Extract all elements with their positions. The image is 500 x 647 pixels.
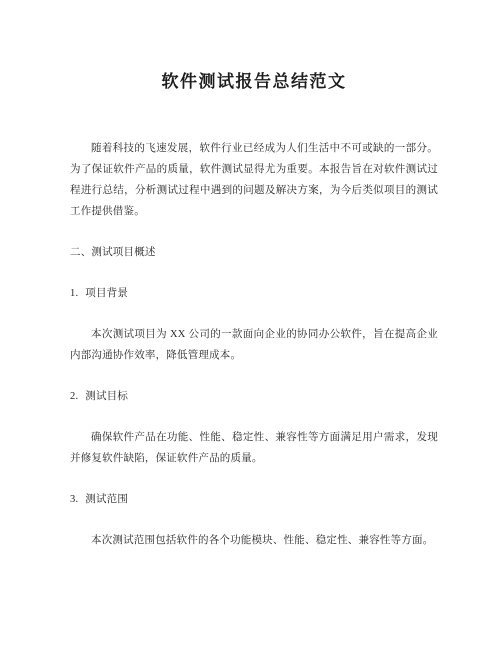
document-page: 软件测试报告总结范文 随着科技的飞速发展，软件行业已经成为人们生活中不可或缺的一… xyxy=(0,0,500,647)
subheading-test-goal: 2.测试目标 xyxy=(70,386,438,407)
paragraph-test-goal: 确保软件产品在功能、性能、稳定性、兼容性等方面满足用户需求，发现并修复软件缺陷，… xyxy=(70,427,438,469)
heading-number: 3. xyxy=(70,489,78,510)
paragraph-test-scope: 本次测试范围包括软件的各个功能模块、性能、稳定性、兼容性等方面。 xyxy=(70,530,438,551)
subheading-project-background: 1.项目背景 xyxy=(70,283,438,304)
subheading-test-scope: 3.测试范围 xyxy=(70,489,438,510)
heading-label: 测试范围 xyxy=(85,494,128,505)
section-heading: 二、测试项目概述 xyxy=(70,242,438,263)
heading-number: 1. xyxy=(70,283,78,304)
paragraph-project-background: 本次测试项目为 XX 公司的一款面向企业的协同办公软件，旨在提高企业内部沟通协作… xyxy=(70,324,438,366)
paragraph-intro: 随着科技的飞速发展，软件行业已经成为人们生活中不可或缺的一部分。为了保证软件产品… xyxy=(70,138,438,222)
heading-number: 2. xyxy=(70,386,78,407)
heading-label: 测试目标 xyxy=(85,391,128,402)
heading-label: 项目背景 xyxy=(85,288,128,299)
page-title: 软件测试报告总结范文 xyxy=(70,70,438,94)
